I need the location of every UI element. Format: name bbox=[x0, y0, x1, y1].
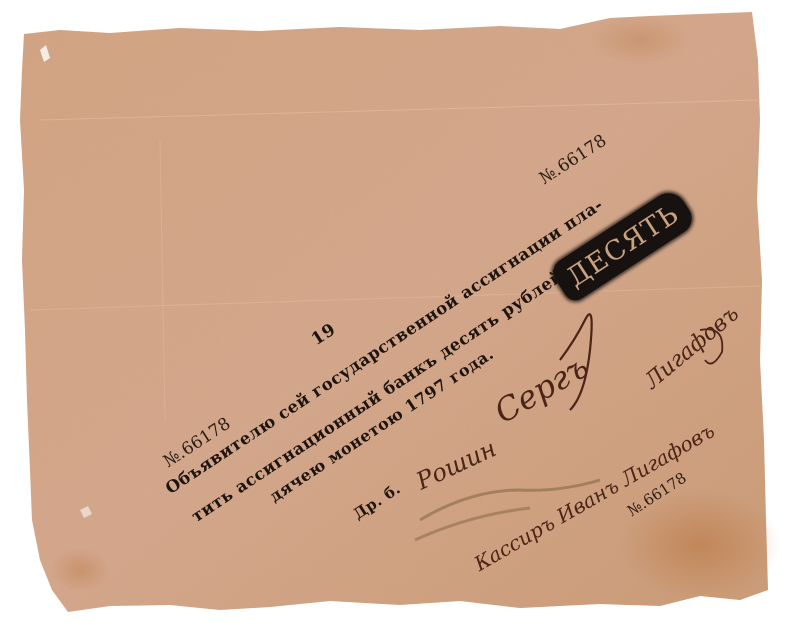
banknote: №.66178 №.66178 №.66178 19 Объявителю се… bbox=[0, 0, 800, 626]
paper-sheet bbox=[0, 0, 800, 626]
